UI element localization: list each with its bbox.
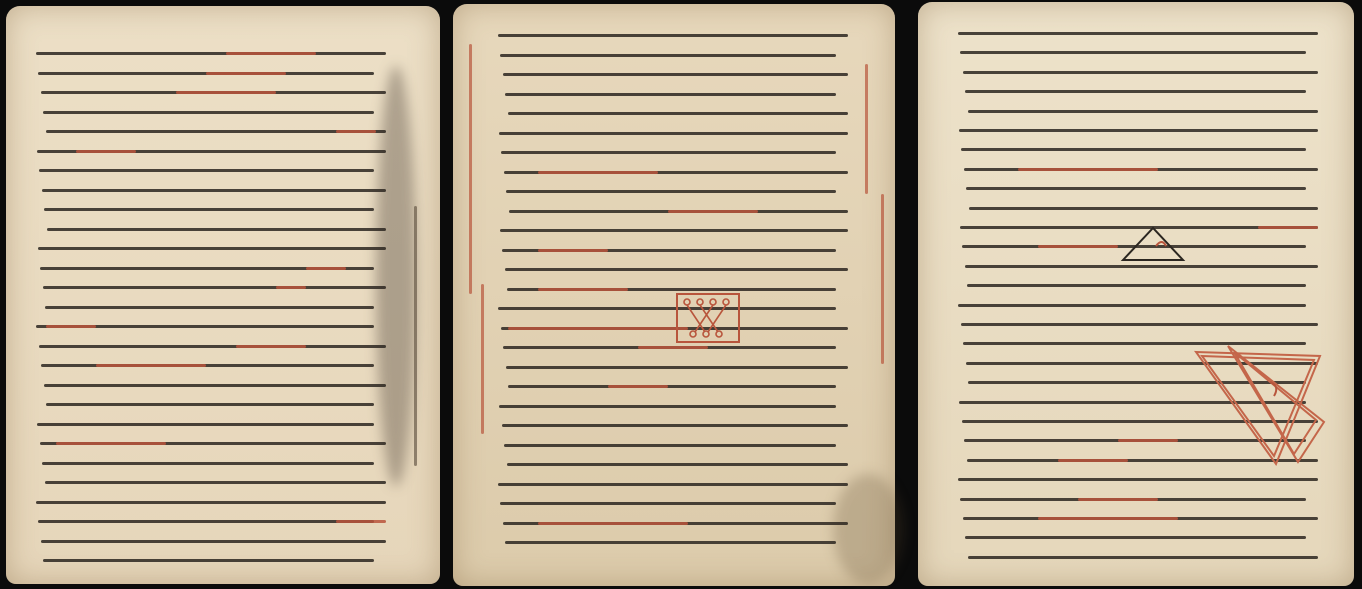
rubric-text [538,171,658,174]
rubric-text [1058,459,1128,462]
text-line [505,541,836,544]
rubric-text [206,72,286,75]
rubric-text [668,210,758,213]
text-line [498,307,836,310]
text-line [502,424,848,427]
text-line [44,384,386,387]
text-line [37,423,374,426]
text-line [498,483,848,486]
text-line [499,405,836,408]
rubric-text [508,327,688,330]
text-line [507,463,848,466]
rubric-text [336,520,386,523]
rubric-text [96,364,206,367]
text-line [39,345,386,348]
text-line [36,501,386,504]
rubric-text [56,442,166,445]
rubric-text [276,286,306,289]
text-line [44,208,374,211]
text-line [46,403,374,406]
rubric-text [538,249,608,252]
text-line [47,228,386,231]
rubric-text [176,91,276,94]
text-line [504,444,836,447]
text-line [508,385,836,388]
text-line [965,265,1318,268]
text-line [42,462,374,465]
text-line [45,306,374,309]
text-line [500,54,836,57]
rubric-text [306,267,346,270]
text-line [965,536,1306,539]
rubric-text [236,345,306,348]
text-line [965,90,1306,93]
text-line [41,364,374,367]
text-line [958,478,1318,481]
manuscript-page-right: Right manuscript page [918,2,1354,586]
text-line [46,130,386,133]
text-line [503,73,848,76]
text-line [968,110,1318,113]
text-line [967,284,1306,287]
text-line [38,247,386,250]
text-line [36,52,386,55]
text-line [499,132,848,135]
rubric-text [1038,245,1118,248]
small-triangle-diagram [1118,224,1188,264]
text-line [43,559,374,562]
text-line [969,207,1318,210]
text-line [501,151,836,154]
text-line [500,229,848,232]
text-line [968,556,1318,559]
rubric-text [538,288,628,291]
text-line [38,520,374,523]
rubric-text [538,522,688,525]
rubric-text [608,385,668,388]
rubric-text [1038,517,1178,520]
text-line [963,71,1318,74]
text-line [498,34,848,37]
rubric-text [1118,439,1178,442]
text-line [39,169,374,172]
text-line [505,93,836,96]
text-line [43,111,374,114]
rubric-text [46,325,96,328]
manuscript-page-middle: Middle manuscript page [453,4,895,586]
text-line [43,286,386,289]
rubric-text [1258,226,1318,229]
text-line [505,268,848,271]
text-line [500,502,836,505]
text-line [958,304,1306,307]
rubric-text [638,346,708,349]
rubric-text [76,150,136,153]
text-line [506,366,848,369]
text-line [958,32,1318,35]
rubric-text [1078,498,1158,501]
rubric-text [226,52,316,55]
text-line [960,51,1306,54]
manuscript-page-left: Left manuscript page [6,6,440,584]
rubric-text [336,130,376,133]
text-line [959,129,1318,132]
red-triangle-diagram [1188,342,1328,472]
text-line [41,540,386,543]
text-line [961,323,1318,326]
text-line [45,481,386,484]
talisman-diagram [675,292,741,344]
text-line [961,148,1306,151]
text-line [506,190,836,193]
text-line [966,187,1306,190]
rubric-text [1018,168,1158,171]
text-line [42,189,386,192]
text-line [508,112,848,115]
